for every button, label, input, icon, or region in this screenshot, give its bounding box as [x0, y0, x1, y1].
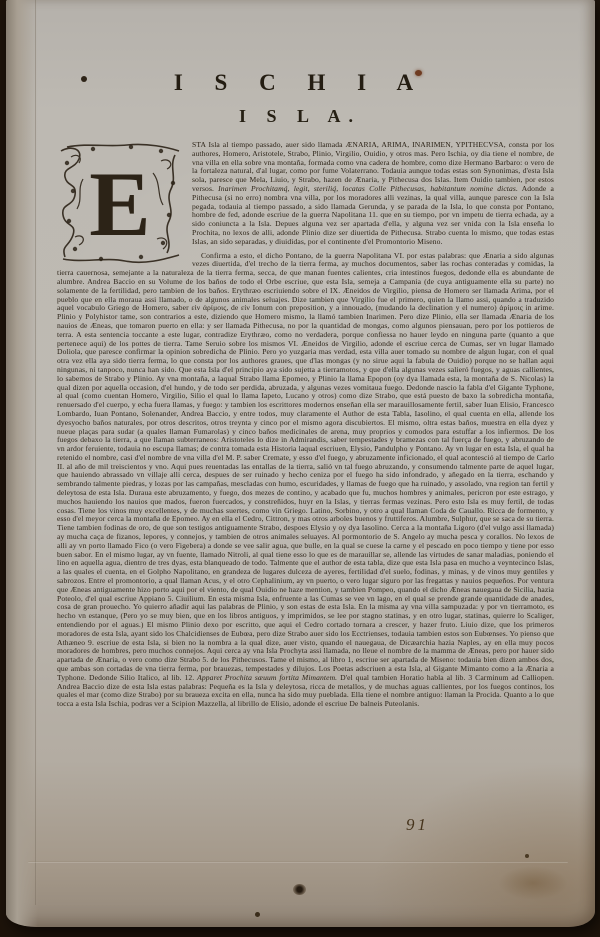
plate-impression-line — [28, 861, 568, 863]
page-edge-left — [6, 0, 38, 927]
rust-spot — [415, 70, 422, 76]
ink-speck — [525, 854, 529, 858]
svg-text:E: E — [89, 153, 150, 255]
intro-text-tail: Adonde a Pithecusa (si no erro) nombra v… — [192, 184, 554, 246]
latin-silio-quote: Apparet Prochita sæuum fortita Mimantem. — [197, 673, 337, 682]
body-paragraph: Confirma a esto, el dicho Pontano, de la… — [57, 252, 554, 709]
latin-verse-quote: Inarimen Prochitamq́, legit, steriliq́, … — [218, 184, 518, 193]
ink-speck — [81, 76, 87, 82]
body-text-lead: Confirma a esto, el dicho Pontano, de la… — [57, 251, 554, 682]
page-title: I S C H I A — [40, 70, 560, 96]
page-number: 91 — [406, 815, 429, 835]
underpage-edge-line — [35, 0, 36, 905]
photo-background: I S C H I A I S L A. — [0, 0, 600, 937]
page-subtitle: I S L A. — [40, 106, 560, 127]
ink-speck — [255, 912, 260, 917]
paper-smudge — [498, 866, 568, 900]
intro-paragraph: E STA Isla al tiempo passado, auer sido … — [57, 141, 554, 247]
text-block: E STA Isla al tiempo passado, auer sido … — [57, 141, 554, 709]
ink-blot — [293, 884, 306, 895]
woodcut-initial-e-icon: E — [57, 143, 183, 264]
